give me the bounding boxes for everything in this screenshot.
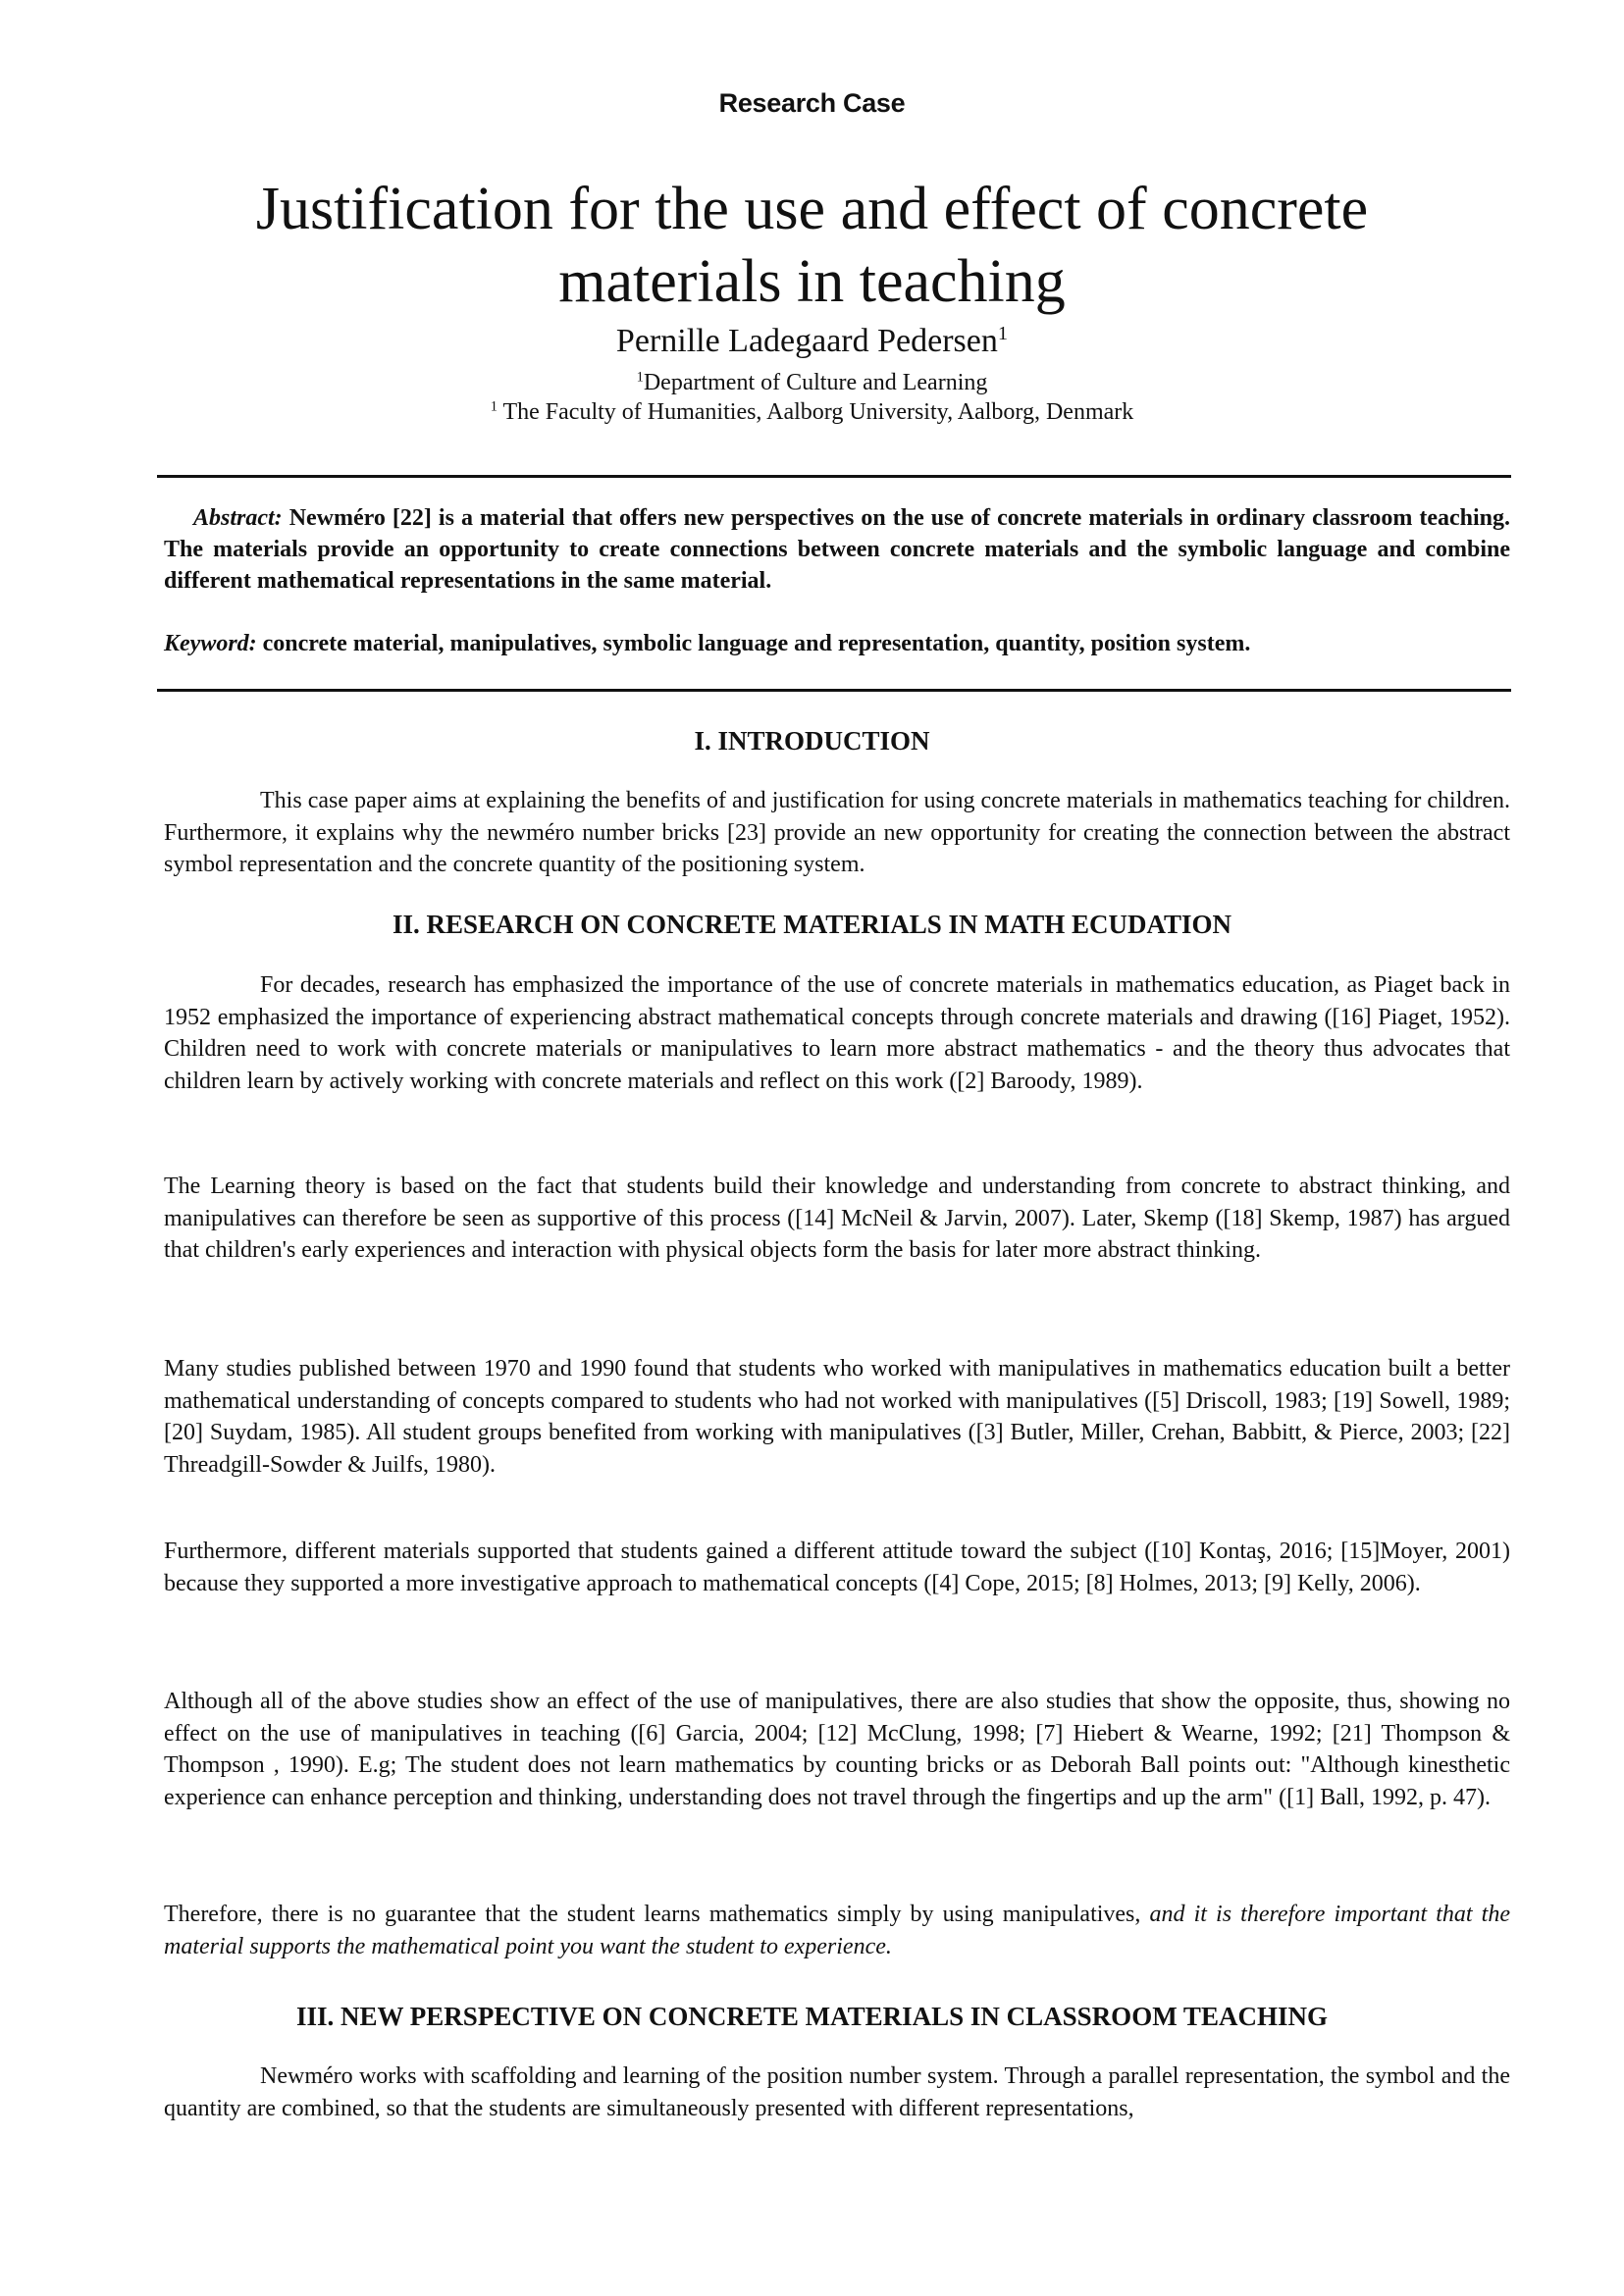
running-header: Research Case xyxy=(0,88,1624,119)
author-name: Pernille Ladegaard Pedersen1 xyxy=(0,322,1624,361)
paragraph: This case paper aims at explaining the b… xyxy=(164,785,1510,881)
title-line-2: materials in teaching xyxy=(558,248,1065,315)
paper-title: Justification for the use and effect of … xyxy=(0,173,1624,318)
paragraph: Although all of the above studies show a… xyxy=(164,1686,1510,1813)
keywords-text: concrete material, manipulatives, symbol… xyxy=(257,631,1251,656)
abstract-label: Abstract: xyxy=(193,505,283,531)
section-heading-introduction: I. INTRODUCTION xyxy=(0,724,1624,757)
abstract: Abstract: Newméro [22] is a material tha… xyxy=(164,502,1510,597)
section-heading-research: II. RESEARCH ON CONCRETE MATERIALS IN MA… xyxy=(0,908,1624,941)
document-page: Research Case Justification for the use … xyxy=(0,0,1624,2296)
paragraph: Furthermore, different materials support… xyxy=(164,1536,1510,1599)
keywords-label: Keyword: xyxy=(164,631,257,656)
keywords: Keyword: concrete material, manipulative… xyxy=(164,628,1510,659)
paragraph: The Learning theory is based on the fact… xyxy=(164,1171,1510,1267)
title-line-1: Justification for the use and effect of … xyxy=(256,176,1368,242)
paragraph: For decades, research has emphasized the… xyxy=(164,969,1510,1097)
affiliation-department: 1Department of Culture and Learning xyxy=(0,368,1624,397)
author-superscript: 1 xyxy=(998,323,1008,344)
section-heading-new-perspective: III. NEW PERSPECTIVE ON CONCRETE MATERIA… xyxy=(0,2000,1624,2033)
abstract-text: Newméro [22] is a material that offers n… xyxy=(164,505,1510,594)
paragraph: Many studies published between 1970 and … xyxy=(164,1353,1510,1481)
divider-top xyxy=(157,475,1511,478)
paragraph-conclusion: Therefore, there is no guarantee that th… xyxy=(164,1899,1510,1962)
divider-bottom xyxy=(157,689,1511,692)
affiliation-university: 1 The Faculty of Humanities, Aalborg Uni… xyxy=(0,397,1624,427)
paragraph: Newméro works with scaffolding and learn… xyxy=(164,2061,1510,2124)
